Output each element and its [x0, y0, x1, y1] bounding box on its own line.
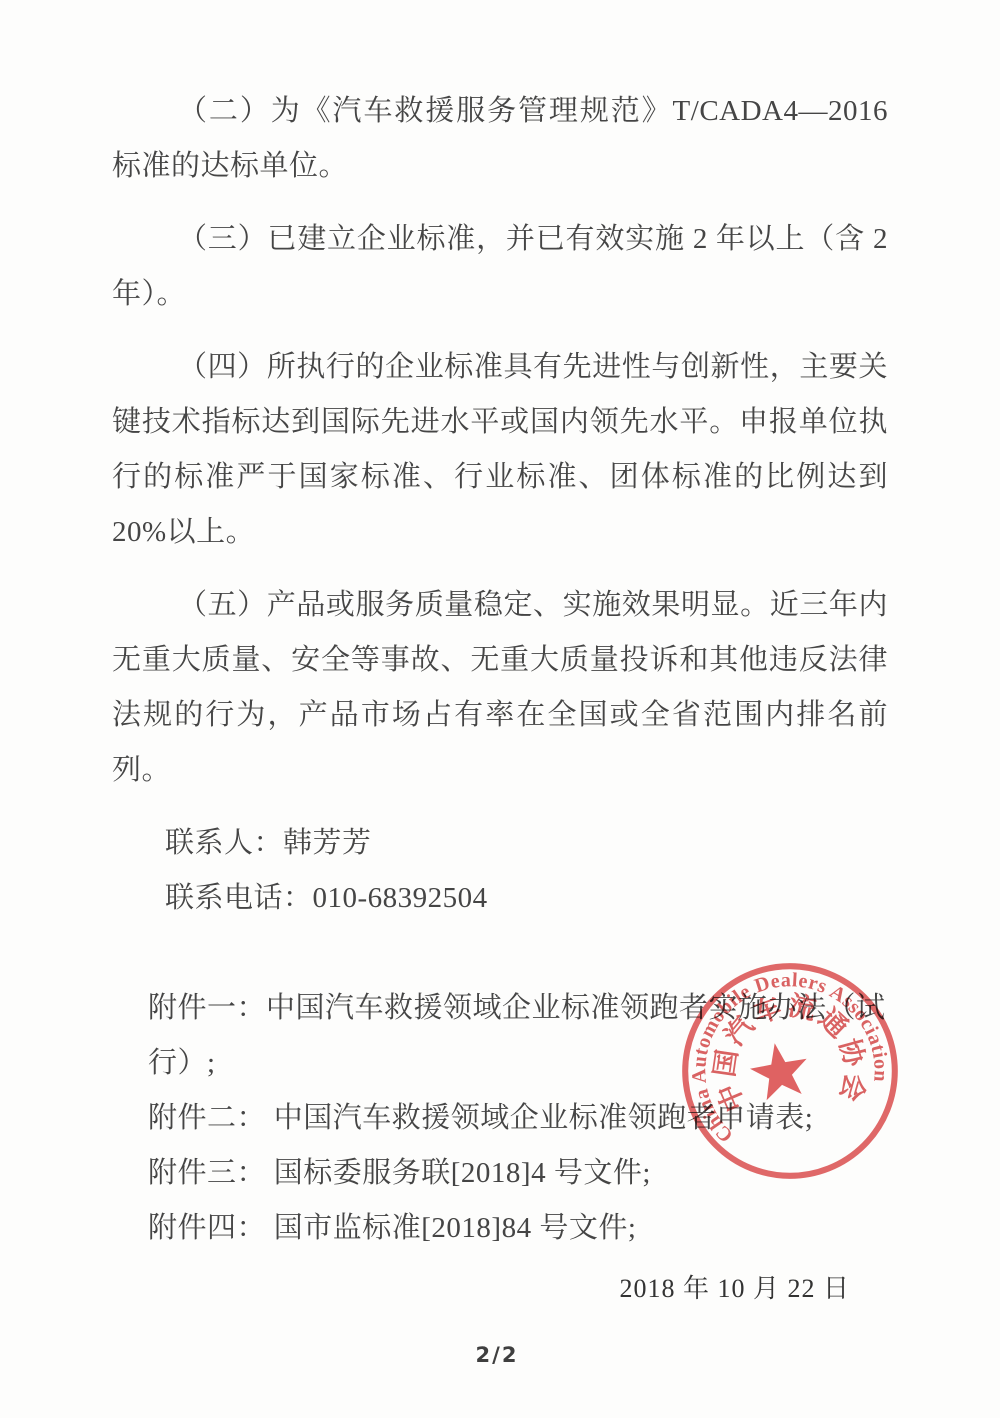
- paragraph-item-2: （二）为《汽车救援服务管理规范》T/CADA4—2016 标准的达标单位。: [112, 84, 888, 194]
- document-page: （二）为《汽车救援服务管理规范》T/CADA4—2016 标准的达标单位。 （三…: [0, 0, 1000, 1418]
- paragraph-item-4: （四）所执行的企业标准具有先进性与创新性，主要关键技术指标达到国际先进水平或国内…: [112, 340, 888, 560]
- issue-date: 2018 年 10 月 22 日: [112, 1261, 888, 1316]
- page-indicator: 2/2: [0, 1343, 994, 1367]
- paragraph-item-3: （三）已建立企业标准，并已有效实施 2 年以上（含 2 年）。: [112, 212, 888, 322]
- contact-person-line: 联系人：韩芳芳: [112, 816, 888, 871]
- official-seal: China Automobile Dealers Association 中国汽…: [659, 940, 921, 1202]
- paragraph-item-5: （五）产品或服务质量稳定、实施效果明显。近三年内无重大质量、安全等事故、无重大质…: [112, 578, 888, 798]
- attachment-line-4: 附件四： 国市监标准[2018]84 号文件;: [112, 1201, 888, 1256]
- star-icon: [750, 1043, 807, 1100]
- contact-phone-line: 联系电话：010-68392504: [112, 871, 888, 926]
